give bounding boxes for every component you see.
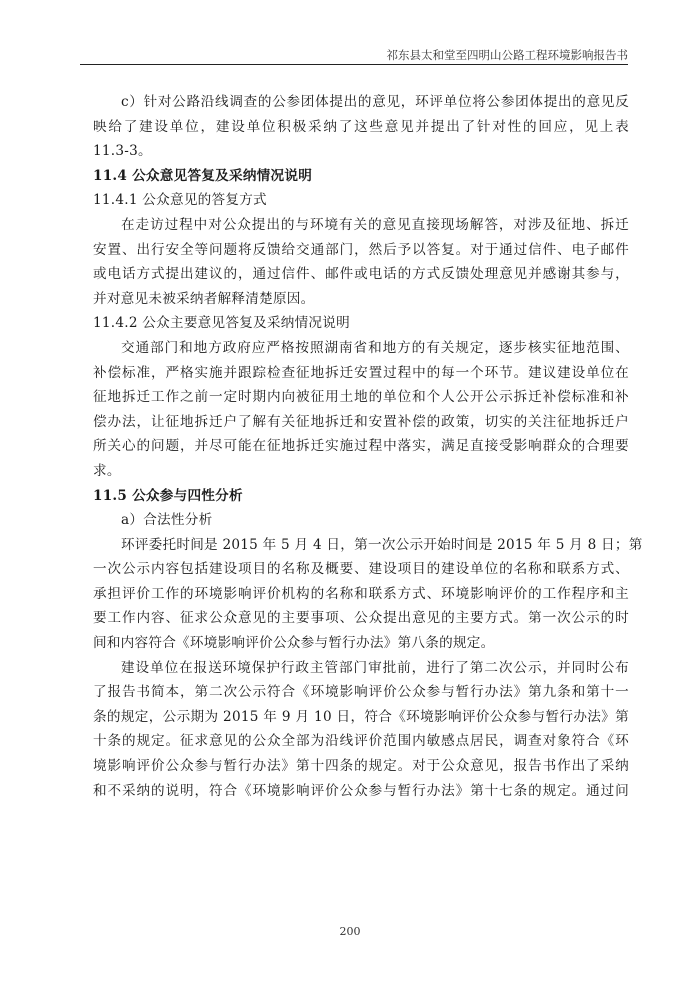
running-header: 祁东县太和堂至四明山公路工程环境影响报告书 <box>80 42 628 65</box>
section-heading: 11.5 公众参与四性分析 <box>93 484 629 509</box>
text-line: a）合法性分析 <box>93 508 629 533</box>
text-line: 承担评价工作的环境影响评价机构的名称和联系方式、环境影响评价的工作程序和主 <box>93 582 629 607</box>
document-title: 祁东县太和堂至四明山公路工程环境影响报告书 <box>387 48 629 62</box>
text-line: 求。 <box>93 459 629 484</box>
text-line: 间和内容符合《环境影响评价公众参与暂行办法》第八条的规定。 <box>93 631 629 656</box>
text-line: 所关心的问题，并尽可能在征地拆迁实施过程中落实，满足直接受影响群众的合理要 <box>93 434 629 459</box>
text-line: 11.3-3。 <box>93 139 629 164</box>
section-heading: 11.4 公众意见答复及采纳情况说明 <box>93 164 629 189</box>
subsection-heading: 11.4.2 公众主要意见答复及采纳情况说明 <box>93 311 629 336</box>
text-line: 安置、出行安全等问题将反馈给交通部门，然后予以答复。对于通过信件、电子邮件 <box>93 238 629 263</box>
text-line: 十条的规定。征求意见的公众全部为沿线评价范围内敏感点居民，调查对象符合《环 <box>93 729 629 754</box>
text-line: 交通部门和地方政府应严格按照湖南省和地方的有关规定，逐步核实征地范围、 <box>93 336 629 361</box>
text-line: 建设单位在报送环境保护行政主管部门审批前，进行了第二次公示，并同时公布 <box>93 656 629 681</box>
text-line: 条的规定，公示期为 2015 年 9 月 10 日，符合《环境影响评价公众参与暂… <box>93 705 629 730</box>
subsection-heading: 11.4.1 公众意见的答复方式 <box>93 188 629 213</box>
text-line: 征地拆迁工作之前一定时期内向被征用土地的单位和个人公开公示拆迁补偿标准和补 <box>93 385 629 410</box>
page-body: c）针对公路沿线调查的公参团体提出的意见，环评单位将公参团体提出的意见反映给了建… <box>93 90 629 803</box>
text-line: 并对意见未被采纳者解释清楚原因。 <box>93 287 629 312</box>
text-line: 在走访过程中对公众提出的与环境有关的意见直接现场解答，对涉及征地、拆迁 <box>93 213 629 238</box>
text-line: 一次公示内容包括建设项目的名称及概要、建设项目的建设单位的名称和联系方式、 <box>93 557 629 582</box>
text-line: 要工作内容、征求公众意见的主要事项、公众提出意见的主要方式。第一次公示的时 <box>93 606 629 631</box>
text-line: 偿办法，让征地拆迁户了解有关征地拆迁和安置补偿的政策，切实的关注征地拆迁户 <box>93 410 629 435</box>
text-line: 或电话方式提出建议的，通过信件、邮件或电话的方式反馈处理意见并感谢其参与， <box>93 262 629 287</box>
text-line: 补偿标准，严格实施并跟踪检查征地拆迁安置过程中的每一个环节。建议建设单位在 <box>93 361 629 386</box>
text-line: 境影响评价公众参与暂行办法》第十四条的规定。对于公众意见，报告书作出了采纳 <box>93 754 629 779</box>
text-line: 了报告书简本，第二次公示符合《环境影响评价公众参与暂行办法》第九条和第十一 <box>93 680 629 705</box>
page-number: 200 <box>0 925 700 938</box>
text-line: 映给了建设单位，建设单位积极采纳了这些意见并提出了针对性的回应，见上表 <box>93 115 629 140</box>
text-line: 和不采纳的说明，符合《环境影响评价公众参与暂行办法》第十七条的规定。通过问 <box>93 779 629 804</box>
text-line: 环评委托时间是 2015 年 5 月 4 日，第一次公示开始时间是 2015 年… <box>93 533 629 558</box>
text-line: c）针对公路沿线调查的公参团体提出的意见，环评单位将公参团体提出的意见反 <box>93 90 629 115</box>
